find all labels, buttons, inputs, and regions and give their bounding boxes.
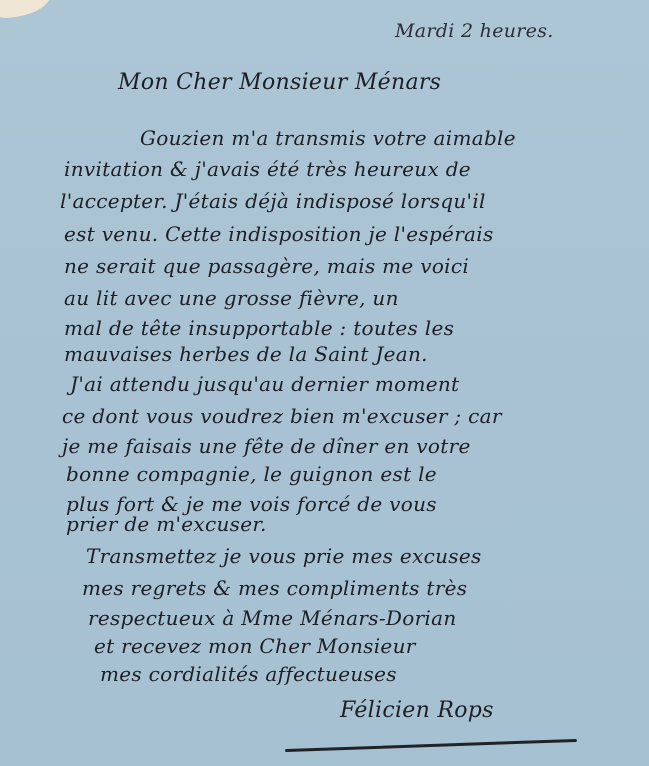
signature-underline: [285, 739, 577, 752]
body-line: ce dont vous voudrez bien m'excuser ; ca…: [62, 404, 502, 428]
signature: Félicien Rops: [340, 698, 494, 723]
body-line: respectueux à Mme Ménars-Dorian: [88, 606, 457, 630]
body-line: ne serait que passagère, mais me voici: [64, 254, 469, 278]
body-line: au lit avec une grosse fièvre, un: [64, 286, 399, 310]
body-line: je me faisais une fête de dîner en votre: [62, 434, 471, 458]
torn-corner: [0, 0, 54, 20]
body-line: mal de tête insupportable : toutes les: [64, 316, 454, 340]
body-line: Gouzien m'a transmis votre aimable: [140, 126, 516, 150]
body-line: Transmettez je vous prie mes excuses: [86, 544, 482, 568]
body-line: mes cordialités affectueuses: [100, 662, 397, 686]
body-line: l'accepter. J'étais déjà indisposé lorsq…: [60, 189, 486, 213]
body-line: bonne compagnie, le guignon est le: [66, 462, 437, 486]
body-line: prier de m'excuser.: [66, 512, 267, 536]
body-line: J'ai attendu jusqu'au dernier moment: [70, 372, 459, 396]
body-line: mes regrets & mes compliments très: [82, 576, 467, 600]
date-line: Mardi 2 heures.: [395, 20, 554, 42]
body-line: invitation & j'avais été très heureux de: [64, 157, 471, 181]
body-line: mauvaises herbes de la Saint Jean.: [64, 342, 428, 366]
salutation: Mon Cher Monsieur Ménars: [118, 70, 441, 95]
body-line: est venu. Cette indisposition je l'espér…: [64, 222, 494, 246]
letter-page: Mardi 2 heures. Mon Cher Monsieur Ménars…: [0, 0, 649, 766]
body-line: et recevez mon Cher Monsieur: [94, 634, 416, 658]
